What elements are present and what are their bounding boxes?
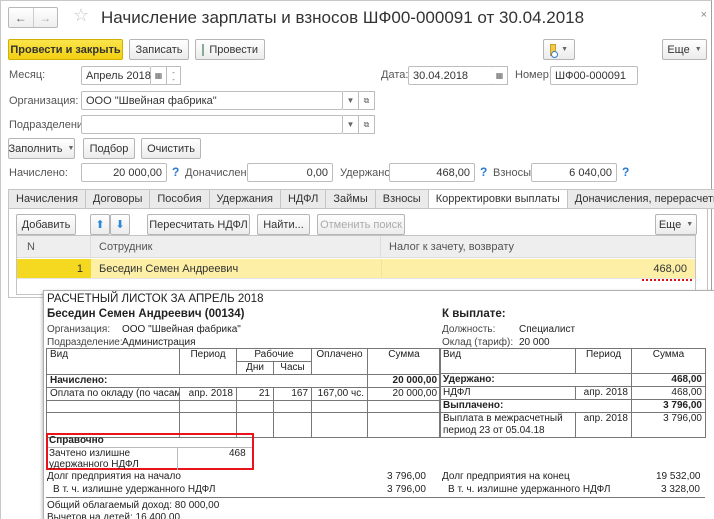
open-icon[interactable]: ⧉ xyxy=(359,91,375,110)
accrued-section-total: 20 000,00 xyxy=(368,375,441,388)
chevron-down-icon[interactable]: ▼ xyxy=(343,115,359,134)
row-tax: 468,00 xyxy=(381,259,695,278)
withheld-kind: НДФЛ xyxy=(440,387,576,400)
chevron-down-icon[interactable]: ▼ xyxy=(343,91,359,110)
tab-contracts[interactable]: Договоры xyxy=(85,189,149,209)
help-icon[interactable]: ? xyxy=(480,165,487,179)
header-period: Период xyxy=(576,349,632,374)
reference-item-line1: Зачтено излишне xyxy=(49,448,130,459)
accrual-hours: 167 xyxy=(274,388,312,401)
header-hours: Часы xyxy=(274,362,312,375)
paid-sum: 3 796,00 xyxy=(632,413,706,438)
tab-recalculations[interactable]: Доначисления, перерасчеты xyxy=(567,189,714,209)
organization-label: Организация: xyxy=(9,95,78,107)
withheld-label: Удержано: xyxy=(340,167,394,179)
table-more-label: Еще xyxy=(659,219,681,231)
column-employee[interactable]: Сотрудник xyxy=(91,236,381,257)
report-menu-button[interactable]: ▼ xyxy=(543,39,575,60)
contributions-label: Взносы: xyxy=(493,167,534,179)
debt-start-ndfl-label: В т. ч. излишне удержанного НДФЛ xyxy=(53,484,215,495)
column-n[interactable]: N xyxy=(17,236,91,257)
withheld-period: апр. 2018 xyxy=(576,387,632,400)
accrual-days: 21 xyxy=(237,388,274,401)
reference-label: Справочно xyxy=(49,435,104,446)
accrued-field: 20 000,00 xyxy=(81,163,167,182)
paid-row: Выплата в межрасчетныйпериод 23 от 05.04… xyxy=(440,413,706,438)
header-days: Дни xyxy=(237,362,274,375)
debt-start-label: Долг предприятия на начало xyxy=(47,471,181,482)
cancel-search-button[interactable]: Отменить поиск xyxy=(317,214,405,235)
column-tax[interactable]: Налог к зачету, возврату xyxy=(381,236,697,257)
payslip-salary-label: Оклад (тариф): xyxy=(442,337,513,348)
accruals-table: Вид Период Рабочие Оплачено Сумма Дни Ча… xyxy=(46,348,441,438)
deductions-table: Вид Период Сумма Удержано: 468,00 НДФЛ а… xyxy=(439,348,706,438)
debt-start-value: 3 796,00 xyxy=(387,471,426,482)
accrual-period: апр. 2018 xyxy=(180,388,237,401)
payslip-employee: Беседин Семен Андреевич (00134) xyxy=(47,308,244,320)
month-label: Месяц: xyxy=(9,69,45,81)
paid-section-total: 3 796,00 xyxy=(632,400,706,413)
paid-section-label: Выплачено: xyxy=(440,400,632,413)
table-header: N Сотрудник Налог к зачету, возврату xyxy=(17,236,695,258)
more-button-label: Еще xyxy=(667,44,689,56)
payslip-dept-value: Администрация xyxy=(122,337,196,348)
payslip-org-label: Организация: xyxy=(47,324,110,335)
accrual-kind: Оплата по окладу (по часам) xyxy=(47,388,180,401)
header-kind: Вид xyxy=(440,349,576,374)
reference-item-line2: удержанного НДФЛ xyxy=(49,459,139,470)
total-taxable-income: Общий облагаемый доход: 80 000,00 xyxy=(47,500,219,511)
row-number: 1 xyxy=(17,259,91,278)
recalculate-ndfl-button[interactable]: Пересчитать НДФЛ xyxy=(147,214,250,235)
child-deductions: Вычетов на детей: 16 400,00 xyxy=(47,512,180,519)
withheld-sum: 468,00 xyxy=(632,387,706,400)
help-icon[interactable]: ? xyxy=(622,165,629,179)
date-label: Дата: xyxy=(381,69,408,81)
payslip-position-value: Специалист xyxy=(519,324,575,335)
department-label: Подразделение: xyxy=(9,119,92,131)
chevron-down-icon: ▼ xyxy=(686,221,693,228)
debt-end-label: Долг предприятия на конец xyxy=(442,471,570,482)
clear-button[interactable]: Очистить xyxy=(141,138,201,159)
number-field[interactable]: ШФ00-000091 xyxy=(550,66,638,85)
header-period: Период xyxy=(180,349,237,375)
payslip-dept-label: Подразделение: xyxy=(47,337,123,348)
date-field[interactable]: 30.04.2018 xyxy=(408,66,493,85)
month-stepper[interactable]: -- xyxy=(167,66,181,85)
arrow-right-icon: → xyxy=(39,11,51,25)
withheld-field: 468,00 xyxy=(389,163,475,182)
fill-button[interactable]: Заполнить▼ xyxy=(8,138,75,159)
find-button[interactable]: Найти... xyxy=(257,214,310,235)
more-button[interactable]: Еще▼ xyxy=(662,39,707,60)
payslip-org-value: ООО "Швейная фабрика" xyxy=(122,324,241,335)
paid-kind-line2: период 23 от 05.04.18 xyxy=(443,425,572,437)
payslip-position-label: Должность: xyxy=(442,324,495,335)
withheld-section-total: 468,00 xyxy=(632,374,706,387)
navigation-buttons: ← → xyxy=(8,7,58,28)
arrow-left-icon: ← xyxy=(15,11,27,25)
post-button[interactable]: Провести xyxy=(195,39,265,60)
accrual-sum: 20 000,00 xyxy=(368,388,441,401)
arrow-down-icon: ⬇ xyxy=(115,218,124,231)
tab-loans[interactable]: Займы xyxy=(325,189,374,209)
star-icon[interactable]: ☆ xyxy=(73,5,89,26)
header-sum: Сумма xyxy=(632,349,706,374)
paid-period: апр. 2018 xyxy=(576,413,632,438)
tab-benefits[interactable]: Пособия xyxy=(149,189,208,209)
title-bar: ← → ☆ Начисление зарплаты и взносов ШФ00… xyxy=(1,1,711,35)
divider xyxy=(177,448,178,470)
header-kind: Вид xyxy=(47,349,180,375)
number-label: Номер: xyxy=(515,69,552,81)
tab-payment-corrections[interactable]: Корректировки выплаты xyxy=(428,189,567,209)
reference-value: 468 xyxy=(229,448,246,459)
paid-kind-line1: Выплата в межрасчетный xyxy=(443,413,572,425)
fill-button-label: Заполнить xyxy=(9,143,63,155)
accrual-row: Оплата по окладу (по часам) апр. 2018 21… xyxy=(47,388,441,401)
organization-field[interactable]: ООО "Швейная фабрика" xyxy=(81,91,343,110)
payslip-salary-value: 20 000 xyxy=(519,337,550,348)
tab-contributions[interactable]: Взносы xyxy=(375,189,428,209)
accrued-label: Начислено: xyxy=(9,167,68,179)
payslip-title: РАСЧЕТНЫЙ ЛИСТОК ЗА АПРЕЛЬ 2018 xyxy=(47,293,263,305)
withheld-section-label: Удержано: xyxy=(440,374,632,387)
debt-end-value: 19 532,00 xyxy=(656,471,701,482)
pick-button[interactable]: Подбор xyxy=(83,138,135,159)
debt-end-ndfl-label: В т. ч. излишне удержанного НДФЛ xyxy=(448,484,610,495)
report-icon xyxy=(550,44,556,56)
arrow-up-icon: ⬆ xyxy=(95,218,104,231)
extra-accrued-field: 0,00 xyxy=(247,163,333,182)
post-and-close-button[interactable]: Провести и закрыть xyxy=(8,39,123,60)
tab-accruals[interactable]: Начисления xyxy=(8,189,85,209)
add-button[interactable]: Добавить xyxy=(16,214,76,235)
header-working: Рабочие xyxy=(237,349,312,362)
open-icon[interactable]: ⧉ xyxy=(359,115,375,134)
tab-ndfl[interactable]: НДФЛ xyxy=(280,189,325,209)
payslip-document: РАСЧЕТНЫЙ ЛИСТОК ЗА АПРЕЛЬ 2018 Беседин … xyxy=(43,290,714,519)
tab-bar: Начисления Договоры Пособия Удержания НД… xyxy=(8,189,714,209)
chevron-down-icon: ▼ xyxy=(695,46,702,53)
document-window: ← → ☆ Начисление зарплаты и взносов ШФ00… xyxy=(0,0,712,519)
month-field[interactable]: Апрель 2018 xyxy=(81,66,151,85)
table-row[interactable]: 1 Беседин Семен Андреевич 468,00 xyxy=(17,259,695,279)
table-more-button[interactable]: Еще▼ xyxy=(655,214,697,235)
row-employee: Беседин Семен Андреевич xyxy=(91,259,381,278)
forward-button[interactable]: → xyxy=(33,8,58,27)
tab-deductions[interactable]: Удержания xyxy=(209,189,280,209)
accrual-paid: 167,00 чс. xyxy=(312,388,368,401)
post-document-icon xyxy=(202,44,204,56)
help-icon[interactable]: ? xyxy=(172,165,179,179)
accrued-section-label: Начислено: xyxy=(47,375,368,388)
divider xyxy=(46,497,705,498)
debt-end-ndfl-value: 3 328,00 xyxy=(661,484,700,495)
close-icon[interactable]: × xyxy=(701,9,707,21)
withheld-row: НДФЛ апр. 2018 468,00 xyxy=(440,387,706,400)
back-button[interactable]: ← xyxy=(9,8,33,27)
window-title: Начисление зарплаты и взносов ШФ00-00009… xyxy=(101,8,584,28)
extra-accrued-label: Доначислено: xyxy=(185,167,256,179)
chevron-down-icon: ▼ xyxy=(68,145,75,152)
header-paid: Оплачено xyxy=(312,349,368,375)
post-button-label: Провести xyxy=(209,44,258,56)
calendar-icon[interactable]: ▦ xyxy=(492,66,508,85)
debt-start-ndfl-value: 3 796,00 xyxy=(387,484,426,495)
move-up-button[interactable]: ⬆ xyxy=(90,214,110,235)
contributions-field: 6 040,00 xyxy=(531,163,617,182)
save-button[interactable]: Записать xyxy=(129,39,189,60)
chevron-down-icon: ▼ xyxy=(561,46,568,53)
calendar-icon[interactable]: ▦ xyxy=(151,66,167,85)
corrections-table: N Сотрудник Налог к зачету, возврату 1 Б… xyxy=(16,235,696,295)
department-field[interactable] xyxy=(81,115,343,134)
error-underline xyxy=(642,279,692,281)
move-down-button[interactable]: ⬇ xyxy=(110,214,130,235)
header-sum: Сумма xyxy=(368,349,441,375)
payslip-to-pay-label: К выплате: xyxy=(442,308,506,320)
